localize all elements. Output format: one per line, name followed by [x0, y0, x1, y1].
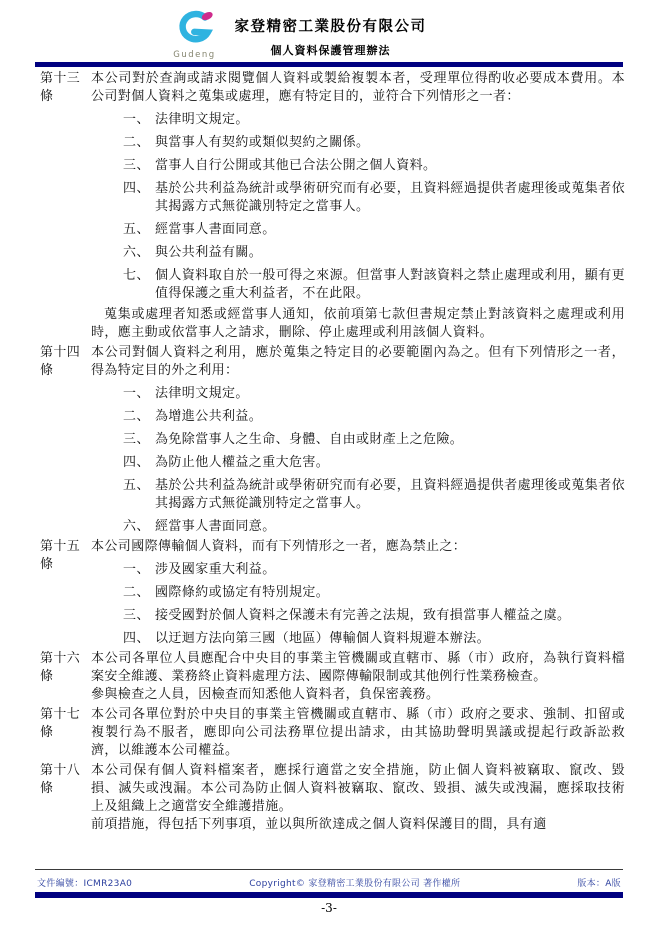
- page-header: Gudeng 家登精密工業股份有限公司 個人資料保護管理辦法: [0, 8, 651, 62]
- list-item-number: 二、: [123, 134, 150, 152]
- article-label: 第十八條: [40, 762, 91, 834]
- header-divider-bar: [35, 62, 623, 67]
- article-label: 第十六條: [40, 650, 91, 704]
- article-paragraph: 本公司對於查詢或請求閱覽個人資料或製給複製本者，受理單位得酌收必要成本費用。本公…: [91, 70, 625, 106]
- list-item-number: 四、: [123, 454, 150, 472]
- list-item-text: 基於公共利益為統計或學術研究而有必要，且資料經過提供者處理後或蒐集者依其揭露方式…: [155, 478, 625, 511]
- article-row: 第十七條本公司各單位對於中央目的事業主管機關或直轄市、縣（市）政府之要求、強制、…: [40, 706, 625, 760]
- header-titles: 家登精密工業股份有限公司 個人資料保護管理辦法: [235, 8, 427, 57]
- article-content: 本公司對個人資料之利用，應於蒐集之特定目的必要範圍內為之。但有下列情形之一者，得…: [91, 344, 625, 536]
- company-logo: Gudeng: [169, 8, 221, 60]
- article-row: 第十六條本公司各單位人員應配合中央目的事業主管機關或直轄市、縣（市）政府，為執行…: [40, 650, 625, 704]
- article-content: 本公司對於查詢或請求閱覽個人資料或製給複製本者，受理單位得酌收必要成本費用。本公…: [91, 70, 625, 342]
- list-item: 六、與公共利益有關。: [91, 244, 625, 262]
- list-item-number: 六、: [123, 244, 150, 262]
- list-item-text: 個人資料取自於一般可得之來源。但當事人對該資料之禁止處理或利用，顯有更值得保護之…: [155, 268, 625, 301]
- list-item-number: 四、: [123, 630, 150, 648]
- footer-doc-number: 文件編號：ICMR23A0: [37, 876, 132, 889]
- articles: 第十三條本公司對於查詢或請求閱覽個人資料或製給複製本者，受理單位得酌收必要成本費…: [40, 70, 625, 868]
- list-item-number: 一、: [123, 111, 150, 129]
- footer-divider-bar: [35, 892, 623, 898]
- article-paragraph: 本公司各單位人員應配合中央目的事業主管機關或直轄市、縣（市）政府，為執行資料檔案…: [91, 650, 625, 686]
- list-item: 五、基於公共利益為統計或學術研究而有必要，且資料經過提供者處理後或蒐集者依其揭露…: [91, 477, 625, 513]
- article-content: 本公司各單位對於中央目的事業主管機關或直轄市、縣（市）政府之要求、強制、扣留或複…: [91, 706, 625, 760]
- list-item-text: 基於公共利益為統計或學術研究而有必要，且資料經過提供者處理後或蒐集者依其揭露方式…: [155, 181, 625, 214]
- list-item-text: 接受國對於個人資料之保護未有完善之法規，致有損當事人權益之虞。: [155, 608, 570, 623]
- list-item: 二、與當事人有契約或類似契約之關係。: [91, 134, 625, 152]
- article-row: 第十四條本公司對個人資料之利用，應於蒐集之特定目的必要範圍內為之。但有下列情形之…: [40, 344, 625, 536]
- article-content: 本公司保有個人資料檔案者，應採行適當之安全措施，防止個人資料被竊取、竄改、毀損、…: [91, 762, 625, 834]
- list-item: 四、為防止他人權益之重大危害。: [91, 454, 625, 472]
- list-item-number: 七、: [123, 267, 150, 285]
- list-item: 三、為免除當事人之生命、身體、自由或財產上之危險。: [91, 431, 625, 449]
- article-row: 第十五條本公司國際傳輸個人資料，而有下列情形之一者，應為禁止之：一、涉及國家重大…: [40, 538, 625, 648]
- list-item-text: 涉及國家重大利益。: [155, 562, 276, 577]
- list-item-text: 為免除當事人之生命、身體、自由或財產上之危險。: [155, 432, 463, 447]
- list-item: 一、法律明文規定。: [91, 111, 625, 129]
- list-item: 二、為增進公共利益。: [91, 408, 625, 426]
- list-item: 三、接受國對於個人資料之保護未有完善之法規，致有損當事人權益之虞。: [91, 607, 625, 625]
- list-item-text: 為防止他人權益之重大危害。: [155, 455, 329, 470]
- list-item-number: 六、: [123, 518, 150, 536]
- article-paragraph: 蒐集或處理者知悉或經當事人通知，依前項第七款但書規定禁止對該資料之處理或利用時，…: [91, 306, 625, 342]
- document-page: Gudeng 家登精密工業股份有限公司 個人資料保護管理辦法 第十三條本公司對於…: [0, 0, 651, 927]
- footer-copyright: Copyright© 家登精密工業股份有限公司 著作權所: [249, 876, 460, 889]
- list-item-number: 一、: [123, 561, 150, 579]
- article-content: 本公司國際傳輸個人資料，而有下列情形之一者，應為禁止之：一、涉及國家重大利益。二…: [91, 538, 625, 648]
- list-item-number: 五、: [123, 221, 150, 239]
- list-item-text: 國際條約或協定有特別規定。: [155, 585, 329, 600]
- list-item-text: 法律明文規定。: [155, 386, 249, 401]
- article-label: 第十七條: [40, 706, 91, 760]
- list-item-text: 與公共利益有關。: [155, 245, 262, 260]
- list-item: 一、法律明文規定。: [91, 385, 625, 403]
- article-paragraph: 前項措施，得包括下列事項，並以與所欲達成之個人資料保護目的間，具有適: [91, 816, 625, 834]
- list-item: 七、個人資料取自於一般可得之來源。但當事人對該資料之禁止處理或利用，顯有更值得保…: [91, 267, 625, 303]
- article-paragraph: 本公司各單位對於中央目的事業主管機關或直轄市、縣（市）政府之要求、強制、扣留或複…: [91, 706, 625, 760]
- logo-wordmark: Gudeng: [173, 50, 215, 60]
- article-row: 第十八條本公司保有個人資料檔案者，應採行適當之安全措施，防止個人資料被竊取、竄改…: [40, 762, 625, 834]
- list-item-text: 以迂迴方法向第三國（地區）傳輸個人資料規避本辦法。: [155, 631, 490, 646]
- list-item-text: 法律明文規定。: [155, 112, 249, 127]
- gudeng-logo-icon: [172, 8, 218, 50]
- list-item: 一、涉及國家重大利益。: [91, 561, 625, 579]
- list-item-number: 三、: [123, 607, 150, 625]
- list-item: 三、當事人自行公開或其他已合法公開之個人資料。: [91, 157, 625, 175]
- page-number: -3-: [35, 901, 623, 915]
- page-footer: 文件編號：ICMR23A0 Copyright© 家登精密工業股份有限公司 著作…: [35, 869, 623, 915]
- list-item: 五、經當事人書面同意。: [91, 221, 625, 239]
- article-content: 本公司各單位人員應配合中央目的事業主管機關或直轄市、縣（市）政府，為執行資料檔案…: [91, 650, 625, 704]
- article-paragraph: 本公司對個人資料之利用，應於蒐集之特定目的必要範圍內為之。但有下列情形之一者，得…: [91, 344, 625, 380]
- list-item-text: 經當事人書面同意。: [155, 222, 276, 237]
- article-label: 第十四條: [40, 344, 91, 536]
- list-item-number: 二、: [123, 408, 150, 426]
- list-item-number: 二、: [123, 584, 150, 602]
- list-item-number: 四、: [123, 180, 150, 198]
- article-paragraph: 本公司保有個人資料檔案者，應採行適當之安全措施，防止個人資料被竊取、竄改、毀損、…: [91, 762, 625, 816]
- list-item: 二、國際條約或協定有特別規定。: [91, 584, 625, 602]
- list-item-number: 三、: [123, 157, 150, 175]
- article-paragraph: 參與檢查之人員，因檢查而知悉他人資料者，負保密義務。: [91, 686, 625, 704]
- list-item-number: 三、: [123, 431, 150, 449]
- article-label: 第十五條: [40, 538, 91, 648]
- list-item: 四、基於公共利益為統計或學術研究而有必要，且資料經過提供者處理後或蒐集者依其揭露…: [91, 180, 625, 216]
- article-row: 第十三條本公司對於查詢或請求閱覽個人資料或製給複製本者，受理單位得酌收必要成本費…: [40, 70, 625, 342]
- document-title: 個人資料保護管理辦法: [271, 44, 391, 57]
- list-item-number: 五、: [123, 477, 150, 495]
- footer-version: 版本：A版: [577, 876, 621, 889]
- list-item: 四、以迂迴方法向第三國（地區）傳輸個人資料規避本辦法。: [91, 630, 625, 648]
- list-item-text: 經當事人書面同意。: [155, 519, 276, 534]
- list-item-text: 與當事人有契約或類似契約之關係。: [155, 135, 369, 150]
- article-label: 第十三條: [40, 70, 91, 342]
- footer-row: 文件編號：ICMR23A0 Copyright© 家登精密工業股份有限公司 著作…: [35, 870, 623, 892]
- article-paragraph: 本公司國際傳輸個人資料，而有下列情形之一者，應為禁止之：: [91, 538, 625, 556]
- company-name: 家登精密工業股份有限公司: [235, 18, 427, 36]
- list-item-text: 為增進公共利益。: [155, 409, 262, 424]
- list-item-number: 一、: [123, 385, 150, 403]
- list-item-text: 當事人自行公開或其他已合法公開之個人資料。: [155, 158, 436, 173]
- list-item: 六、經當事人書面同意。: [91, 518, 625, 536]
